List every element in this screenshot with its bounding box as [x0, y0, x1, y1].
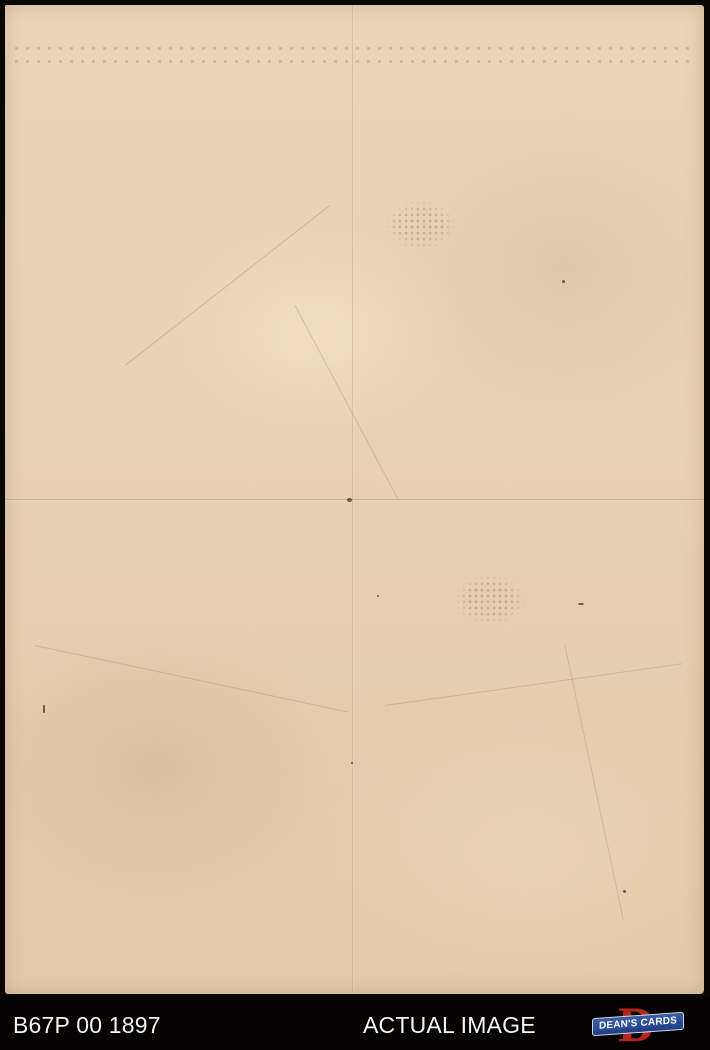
paper-speck	[562, 280, 565, 283]
paper-speck	[347, 498, 352, 502]
halftone-show-through	[385, 200, 455, 250]
paper-crease	[295, 305, 399, 500]
paper-crease	[385, 663, 682, 706]
paper-crease	[125, 205, 330, 366]
deans-cards-logo: D DEAN'S CARDS	[590, 1001, 690, 1047]
logo-banner: DEAN'S CARDS	[592, 1012, 684, 1036]
horizontal-fold-line	[5, 499, 704, 501]
image-footer-bar: B67P 00 1897 ACTUAL IMAGE D DEAN'S CARDS	[0, 997, 710, 1050]
paper-speck	[578, 603, 584, 605]
paper-crease	[565, 645, 624, 919]
scanned-item-area	[0, 0, 710, 997]
paper-speck	[43, 705, 45, 713]
halftone-show-through	[455, 575, 525, 625]
paper-sheet	[5, 5, 704, 994]
paper-speck	[623, 890, 626, 893]
paper-crease	[35, 645, 348, 713]
faint-print-bleed	[15, 60, 694, 63]
paper-speck	[377, 595, 379, 597]
paper-speck	[351, 762, 353, 764]
faint-print-bleed	[15, 47, 694, 50]
vertical-fold-line	[352, 5, 354, 994]
certificate-number: B67P 00 1897	[13, 1012, 161, 1039]
actual-image-caption: ACTUAL IMAGE	[363, 1012, 536, 1039]
